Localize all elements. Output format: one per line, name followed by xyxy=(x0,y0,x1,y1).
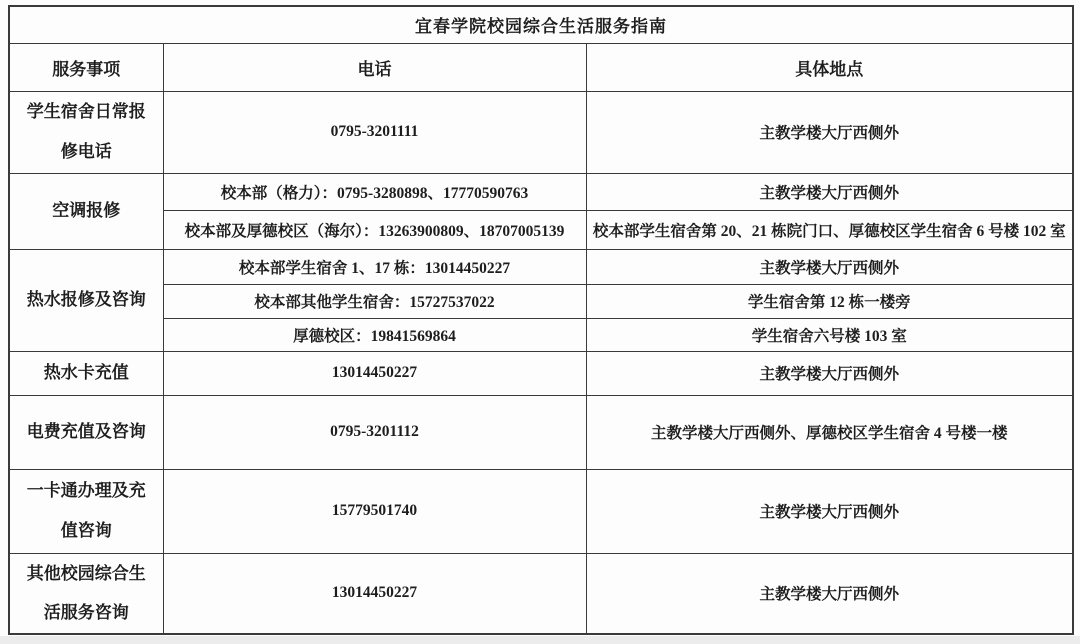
service-cell: 其他校园综合生活服务咨询 xyxy=(9,553,163,634)
service-cell: 学生宿舍日常报修电话 xyxy=(9,91,163,173)
location-cell: 学生宿舍第 12 栋一楼旁 xyxy=(586,284,1073,318)
table-row: 空调报修校本部（格力）：0795-3280898、17770590763主教学楼… xyxy=(9,173,1073,210)
table-title-row: 宜春学院校园综合生活服务指南 xyxy=(9,6,1073,43)
table-header-row: 服务事项 电话 具体地点 xyxy=(9,43,1073,91)
phone-cell: 校本部学生宿舍 1、17 栋：13014450227 xyxy=(163,249,586,284)
location-cell: 主教学楼大厅西侧外、厚德校区学生宿舍 4 号楼一楼 xyxy=(586,395,1073,469)
phone-cell: 校本部其他学生宿舍：15727537022 xyxy=(163,284,586,318)
column-header-location: 具体地点 xyxy=(586,43,1073,91)
phone-cell: 厚德校区：19841569864 xyxy=(163,318,586,351)
service-cell: 空调报修 xyxy=(9,173,163,249)
phone-cell: 校本部（格力）：0795-3280898、17770590763 xyxy=(163,173,586,210)
location-cell: 主教学楼大厅西侧外 xyxy=(586,173,1073,210)
table-row: 厚德校区：19841569864学生宿舍六号楼 103 室 xyxy=(9,318,1073,351)
phone-cell: 0795-3201111 xyxy=(163,91,586,173)
location-cell: 主教学楼大厅西侧外 xyxy=(586,351,1073,395)
document-sheet: 宜春学院校园综合生活服务指南 服务事项 电话 具体地点 学生宿舍日常报修电话07… xyxy=(0,0,1080,635)
table-row: 一卡通办理及充值咨询15779501740主教学楼大厅西侧外 xyxy=(9,469,1073,553)
service-table-body: 学生宿舍日常报修电话0795-3201111主教学楼大厅西侧外空调报修校本部（格… xyxy=(9,91,1073,634)
table-row: 校本部其他学生宿舍：15727537022学生宿舍第 12 栋一楼旁 xyxy=(9,284,1073,318)
page-bottom-margin xyxy=(0,636,1080,644)
phone-cell: 13014450227 xyxy=(163,351,586,395)
service-guide-table: 宜春学院校园综合生活服务指南 服务事项 电话 具体地点 学生宿舍日常报修电话07… xyxy=(8,5,1074,635)
table-row: 热水卡充值13014450227主教学楼大厅西侧外 xyxy=(9,351,1073,395)
table-row: 其他校园综合生活服务咨询13014450227主教学楼大厅西侧外 xyxy=(9,553,1073,634)
phone-cell: 校本部及厚德校区（海尔）：13263900809、18707005139 xyxy=(163,210,586,249)
location-cell: 学生宿舍六号楼 103 室 xyxy=(586,318,1073,351)
location-cell: 主教学楼大厅西侧外 xyxy=(586,553,1073,634)
phone-cell: 15779501740 xyxy=(163,469,586,553)
location-cell: 主教学楼大厅西侧外 xyxy=(586,249,1073,284)
column-header-phone: 电话 xyxy=(163,43,586,91)
phone-cell: 0795-3201112 xyxy=(163,395,586,469)
table-row: 学生宿舍日常报修电话0795-3201111主教学楼大厅西侧外 xyxy=(9,91,1073,173)
column-header-service: 服务事项 xyxy=(9,43,163,91)
service-cell: 热水卡充值 xyxy=(9,351,163,395)
phone-cell: 13014450227 xyxy=(163,553,586,634)
service-cell: 电费充值及咨询 xyxy=(9,395,163,469)
service-cell: 一卡通办理及充值咨询 xyxy=(9,469,163,553)
table-row: 电费充值及咨询0795-3201112主教学楼大厅西侧外、厚德校区学生宿舍 4 … xyxy=(9,395,1073,469)
service-cell: 热水报修及咨询 xyxy=(9,249,163,351)
location-cell: 校本部学生宿舍第 20、21 栋院门口、厚德校区学生宿舍 6 号楼 102 室 xyxy=(586,210,1073,249)
table-title: 宜春学院校园综合生活服务指南 xyxy=(9,6,1073,43)
table-row: 热水报修及咨询校本部学生宿舍 1、17 栋：13014450227主教学楼大厅西… xyxy=(9,249,1073,284)
location-cell: 主教学楼大厅西侧外 xyxy=(586,469,1073,553)
location-cell: 主教学楼大厅西侧外 xyxy=(586,91,1073,173)
table-row: 校本部及厚德校区（海尔）：13263900809、18707005139校本部学… xyxy=(9,210,1073,249)
